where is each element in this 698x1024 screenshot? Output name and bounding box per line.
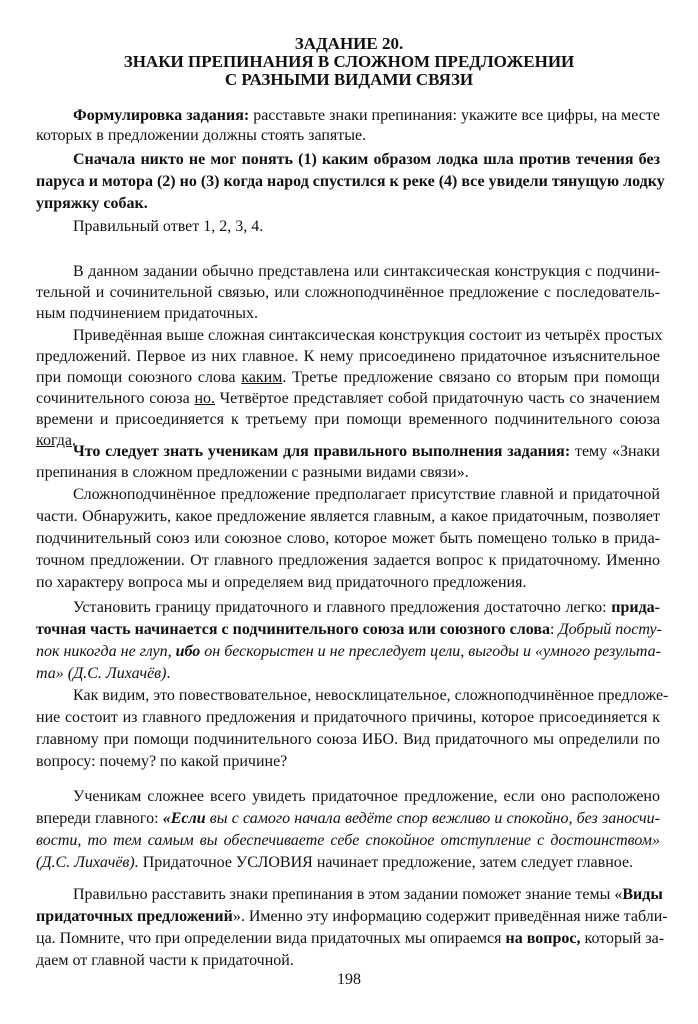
underlined-word: каким [241,369,282,386]
page-number: 198 [0,971,698,989]
section-label: Что следует знать ученикам для правильно… [73,443,570,460]
paragraph-line: даем от главной части к придаточной. [36,951,660,971]
paragraph-line: по характеру вопроса мы и определяем вид… [36,573,660,593]
paragraph-line: впереди главного: «Если вы с самого нача… [36,809,660,829]
paragraph-line: придаточных предложений». Именно эту инф… [36,907,660,927]
correct-answer: Правильный ответ 1, 2, 3, 4. [73,217,660,237]
paragraph-line: вости, то тем самым вы обеспечиваете себ… [36,831,660,851]
paragraph-line: Правильно расставить знаки препинания в … [73,885,660,905]
paragraph-line: препинания в сложном предложении с разны… [36,463,660,483]
paragraph-line: главному при помощи подчинительного союз… [36,730,660,750]
task-title: ЗНАКИ ПРЕПИНАНИЯ В СЛОЖНОМ ПРЕДЛОЖЕНИИ [0,52,698,72]
paragraph-line: Приведённая выше сложная синтаксическая … [73,326,660,346]
paragraph-line: В данном задании обычно представлена или… [73,262,660,282]
paragraph-line: сочинительного союза но. Четвёртое предс… [36,389,660,409]
exercise-sentence-line: паруса и мотора (2) но (3) когда народ с… [36,172,660,192]
paragraph-line: точная часть начинается с подчинительног… [36,620,660,640]
underlined-word: когда [36,432,72,449]
task-subtitle: С РАЗНЫМИ ВИДАМИ СВЯЗИ [0,70,698,90]
paragraph-line: ние состоит из главного предложения и пр… [36,708,660,728]
paragraph-line: ца. Помните, что при определении вида пр… [36,929,660,949]
paragraph-line: ным подчинением придаточных. [36,304,660,324]
paragraph-line: пок никогда не глуп, ибо он бескорыстен … [36,642,660,662]
exercise-sentence-line: Сначала никто не мог понять (1) каким об… [73,150,660,170]
paragraph-line: точном предложении. От главного предложе… [36,551,660,571]
paragraph-line: Что следует знать ученикам для правильно… [73,442,660,462]
paragraph-line: Как видим, это повествовательное, невоск… [73,686,660,706]
paragraph-line: тельной и сочинительной связью, или слож… [36,283,660,303]
paragraph-line: подчинительный союз или союзное слово, к… [36,529,660,549]
paragraph-line: вопросу: почему? по какой причине? [36,752,660,772]
underlined-word: но. [194,390,215,407]
paragraph-line: части. Обнаружить, какое предложение явл… [36,507,660,527]
paragraph-line: Установить границу придаточного и главно… [73,598,660,618]
paragraph-line: та» (Д.С. Лихачёв). [36,664,660,684]
paragraph-line: при помощи союзного слова каким. Третье … [36,368,660,388]
paragraph-line: Ученикам сложнее всего увидеть придаточн… [73,787,660,807]
paragraph-line: Сложноподчинённое предложение предполага… [73,485,660,505]
paragraph-line: времени и присоединяется к третьему при … [36,410,660,430]
task-statement-line: Формулировка задания: расставьте знаки п… [73,106,660,126]
example-quote: Добрый посту- [558,621,662,638]
paragraph-line: (Д.С. Лихачёв). Придаточное УСЛОВИЯ начи… [36,853,660,873]
task-statement-line: которых в предложении должны стоять запя… [36,126,660,146]
task-number-title: ЗАДАНИЕ 20. [0,34,698,54]
task-label: Формулировка задания: [73,107,249,124]
exercise-sentence-line: упряжку собак. [36,194,660,214]
paragraph-line: предложений. Первое из них главное. К не… [36,347,660,367]
